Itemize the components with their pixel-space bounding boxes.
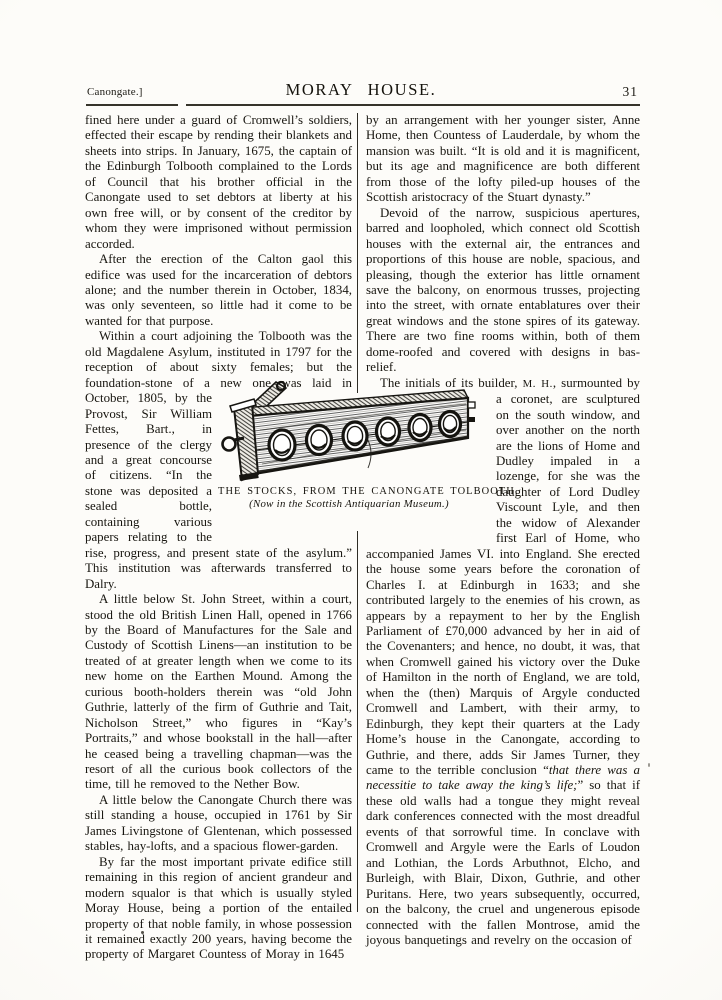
paragraph: By far the most important private edific… bbox=[85, 855, 352, 963]
column-divider-bottom bbox=[357, 531, 358, 912]
paragraph: After the erection of the Calton gaol th… bbox=[85, 252, 352, 329]
stocks-woodcut-image bbox=[218, 378, 480, 484]
left-column: fined here under a guard of Cromwell’s s… bbox=[85, 113, 352, 963]
figure-caption-subtitle: (Now in the Scottish Antiquarian Museum.… bbox=[218, 498, 480, 510]
paragraph: Devoid of the narrow, suspicious apertur… bbox=[366, 206, 640, 376]
header-rule-left bbox=[86, 104, 178, 106]
figure-caption: THE STOCKS, FROM THE CANONGATE TOLBOOTH.… bbox=[218, 486, 480, 510]
ink-speck bbox=[141, 931, 144, 934]
column-divider-top bbox=[357, 113, 358, 393]
ink-speck bbox=[648, 763, 650, 767]
stocks-figure: THE STOCKS, FROM THE CANONGATE TOLBOOTH.… bbox=[218, 378, 480, 510]
header-rule-main bbox=[186, 104, 640, 106]
builder-initials: M. H. bbox=[523, 378, 553, 390]
page-number: 31 bbox=[592, 84, 638, 100]
figure-caption-title: THE STOCKS, FROM THE CANONGATE TOLBOOTH. bbox=[218, 486, 480, 497]
right-column: by an arrangement with her younger siste… bbox=[366, 113, 640, 948]
paragraph: by an arrangement with her younger siste… bbox=[366, 113, 640, 206]
book-page: Canongate.] MORAY HOUSE. 31 fined here u… bbox=[0, 0, 722, 1000]
stocks-hinge-ring bbox=[223, 438, 236, 451]
paragraph-text: ” so that if these old walls had a tongu… bbox=[366, 778, 640, 947]
paragraph: A little below the Canongate Church ther… bbox=[85, 793, 352, 855]
paragraph: fined here under a guard of Cromwell’s s… bbox=[85, 113, 352, 252]
paragraph: A little below St. John Street, within a… bbox=[85, 592, 352, 793]
paragraph-text: , surmounted bbox=[553, 376, 627, 390]
